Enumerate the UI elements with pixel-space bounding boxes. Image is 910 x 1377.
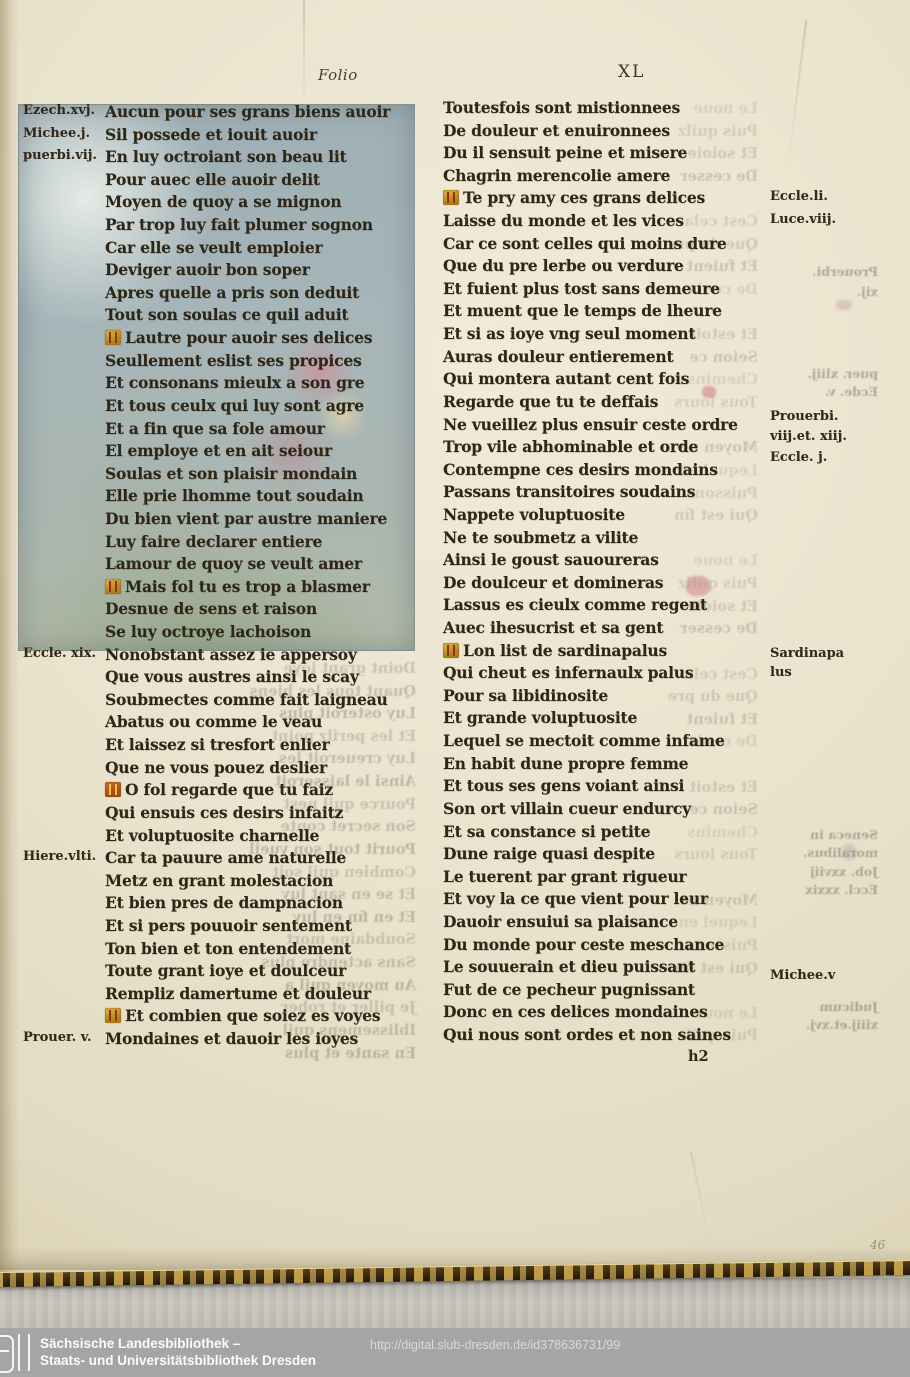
margin-note: Michee.j. [23,126,90,141]
bleedthrough-margin-note: xij. [768,284,878,299]
verse-line: Pour sa libidinosite [443,685,773,708]
verse-line: Et muent que le temps de lheure [443,300,773,323]
verse-line: Et tous ceulx qui luy sont agre [105,395,425,418]
slub-logo-bars [18,1334,30,1371]
margin-note: puerbi.vij. [23,148,97,163]
verse-line: Ainsi le goust sauoureras [443,549,773,572]
verse-line: Mondaines et dauoir les ioyes [105,1028,425,1051]
verse-line: Luy faire declarer entiere [105,531,425,554]
verse-line: Tout son soulas ce quil aduit [105,304,425,327]
paraph-initial [105,1008,121,1023]
bleedthrough-margin-note: Eccl. xxxix [768,882,878,897]
verse-line: De doulceur et domineras [443,572,773,595]
paraph-initial [105,330,121,345]
verse-line: Fut de ce pecheur pugnissant [443,979,773,1002]
verse-line: Desnue de sens et raison [105,598,425,621]
left-verse-column: Aucun pour ses grans biens auoirSil poss… [105,101,425,1051]
bleedthrough-margin-note: Judicum [768,999,878,1014]
verse-line: Seullement eslist ses propices [105,350,425,373]
bleedthrough-margin-note: moralibus. [768,845,878,860]
verse-line: Et a fin que sa fole amour [105,418,425,441]
paraph-initial [105,782,121,797]
verse-line: Soubmectes comme fait laigneau [105,689,425,712]
verse-line: Regarde que tu te deffais [443,391,773,414]
verse-line: Deviger auoir bon soper [105,259,425,282]
verse-line: Car elle se veult emploier [105,237,425,260]
margin-note: lus [770,665,792,680]
paraph-initial [105,579,121,594]
margin-note: Sardinapa [770,646,844,661]
gray-smudge [842,844,856,860]
page-left-edge-shadow [0,0,20,1296]
quire-signature: h2 [688,1048,709,1065]
verse-line: Lequel se mectoit comme infame [443,730,773,753]
verse-line: Toute grant ioye et doulceur [105,960,425,983]
right-verse-column: Toutesfois sont mistionneesDe douleur et… [443,97,773,1047]
verse-line: Sil possede et iouit auoir [105,124,425,147]
bleedthrough-margin-note: Job. xxviij [768,864,878,879]
verse-line: Nappete voluptuosite [443,504,773,527]
verse-line: Du il sensuit peine et misere [443,142,773,165]
bleedthrough-margin-note: Ecde. v. [768,384,878,399]
verse-line: Dune raige quasi despite [443,843,773,866]
table-cloth [0,1278,910,1328]
verse-line: Pour auec elle auoir delit [105,169,425,192]
margin-note: Eccle.li. [770,189,828,204]
verse-line: Toutesfois sont mistionnees [443,97,773,120]
verse-line: Lon list de sardinapalus [443,640,773,663]
verse-line: Et fuient plus tost sans demeure [443,278,773,301]
verse-line: Mais fol tu es trop a blasmer [105,576,425,599]
verse-line: Trop vile abhominable et orde [443,436,773,459]
verse-line: Passans transitoires soudains [443,481,773,504]
library-name: Sächsische Landesbibliothek – Staats- un… [40,1335,316,1369]
verse-line: Du monde pour ceste meschance [443,934,773,957]
verse-line: Aucun pour ses grans biens auoir [105,101,425,124]
bleedthrough-margin-note: puer. xliij. [768,366,878,381]
verse-line: Metz en grant molestacion [105,870,425,893]
verse-line: Moyen de quoy a se mignon [105,191,425,214]
verse-line: Le souuerain et dieu puissant [443,956,773,979]
verse-line: Ne te soubmetz a vilite [443,527,773,550]
verse-line: Soulas et son plaisir mondain [105,463,425,486]
verse-line: Du bien vient par austre maniere [105,508,425,531]
margin-note: Hiere.vlti. [23,849,96,864]
verse-line: Que du pre lerbe ou verdure [443,255,773,278]
verse-line: Contempne ces desirs mondains [443,459,773,482]
verse-line: Rempliz damertume et douleur [105,983,425,1006]
pink-stain [836,300,852,310]
folio-label: Folio [318,66,358,84]
verse-line: Et si as ioye vng seul moment [443,323,773,346]
bleedthrough-margin-note: xiiij.et.xvj. [768,1017,878,1032]
verse-line: Qui montera autant cent fois [443,368,773,391]
margin-note: Prouerbi. [770,409,838,424]
verse-line: Ton bien et ton entendement [105,938,425,961]
verse-line: El employe et en ait seiour [105,440,425,463]
verse-line: O fol regarde que tu faiz [105,779,425,802]
verse-line: Qui nous sont ordes et non saines [443,1024,773,1047]
verse-line: Se luy octroye lachoison [105,621,425,644]
verse-line: Laisse du monde et les vices [443,210,773,233]
verse-line: Abatus ou comme le veau [105,711,425,734]
margin-note: Ezech.xvj. [23,103,95,118]
verse-line: Et combien que soiez es voyes [105,1005,425,1028]
bleedthrough-margin-note: Seneca in [768,827,878,842]
slub-logo-glyph [0,1335,14,1373]
verse-line: Auec ihesucrist et sa gent [443,617,773,640]
verse-line: Et consonans mieulx a son gre [105,372,425,395]
verse-line: Auras douleur entierement [443,346,773,369]
verse-line: Que ne vous pouez deslier [105,757,425,780]
paper-crease [303,0,305,110]
digital-collection-url: http://digital.slub-dresden.de/id3786367… [370,1338,620,1352]
verse-line: Car ce sont celles qui moins dure [443,233,773,256]
bleedthrough-margin-note: Prouerbi. [768,264,878,279]
verse-line: Elle prie lhomme tout soudain [105,485,425,508]
verse-line: Par trop luy fait plumer sognon [105,214,425,237]
paraph-initial [443,643,459,658]
verse-line: Ne vueillez plus ensuir ceste ordre [443,414,773,437]
verse-line: Nonobstant assez ie appersoy [105,644,425,667]
verse-line: Lamour de quoy se veult amer [105,553,425,576]
verse-line: Te pry amy ces grans delices [443,187,773,210]
margin-note: Michee.v [770,968,835,983]
verse-line: Et laissez si tresfort enlier [105,734,425,757]
verse-line: En luy octroiant son beau lit [105,146,425,169]
verse-line: Le tuerent par grant rigueur [443,866,773,889]
verse-line: Car ta pauure ame naturelle [105,847,425,870]
page-number-roman: XL [618,62,645,82]
verse-line: Qui ensuis ces desirs infaitz [105,802,425,825]
verse-line: Et sa constance si petite [443,821,773,844]
slub-logo-icon [0,1334,32,1371]
margin-note: Luce.viij. [770,212,836,227]
margin-note: Prouer. v. [23,1030,92,1045]
verse-line: Que vous austres ainsi le scay [105,666,425,689]
verse-line: Dauoir ensuiui sa plaisance [443,911,773,934]
verse-line: Et si pers pouuoir sentement [105,915,425,938]
library-banner: Sächsische Landesbibliothek – Staats- un… [0,1328,910,1377]
margin-note: Eccle. xix. [23,646,96,661]
verse-line: Et tous ses gens voiant ainsi [443,775,773,798]
verse-line: Qui cheut es infernaulx palus [443,662,773,685]
verse-line: Apres quelle a pris son deduit [105,282,425,305]
verse-line: Et voluptuosite charnelle [105,825,425,848]
verse-line: Lautre pour auoir ses delices [105,327,425,350]
verse-line: En habit dune propre femme [443,753,773,776]
margin-note: viij.et. xiij. [770,429,847,444]
paraph-initial [443,190,459,205]
verse-line: Donc en ces delices mondaines [443,1001,773,1024]
verse-line: Et voy la ce que vient pour leur [443,888,773,911]
verse-line: De douleur et enuironnees [443,120,773,143]
verse-line: Et grande voluptuosite [443,707,773,730]
verse-line: Lassus es cieulx comme regent [443,594,773,617]
verse-line: Son ort villain cueur endurcy [443,798,773,821]
digitized-manuscript-page: Folio XL Aucun pour ses grans biens auoi… [0,0,910,1377]
verse-line: Chagrin merencolie amere [443,165,773,188]
margin-note: Eccle. j. [770,450,827,465]
verse-line: Et bien pres de dampnacion [105,892,425,915]
